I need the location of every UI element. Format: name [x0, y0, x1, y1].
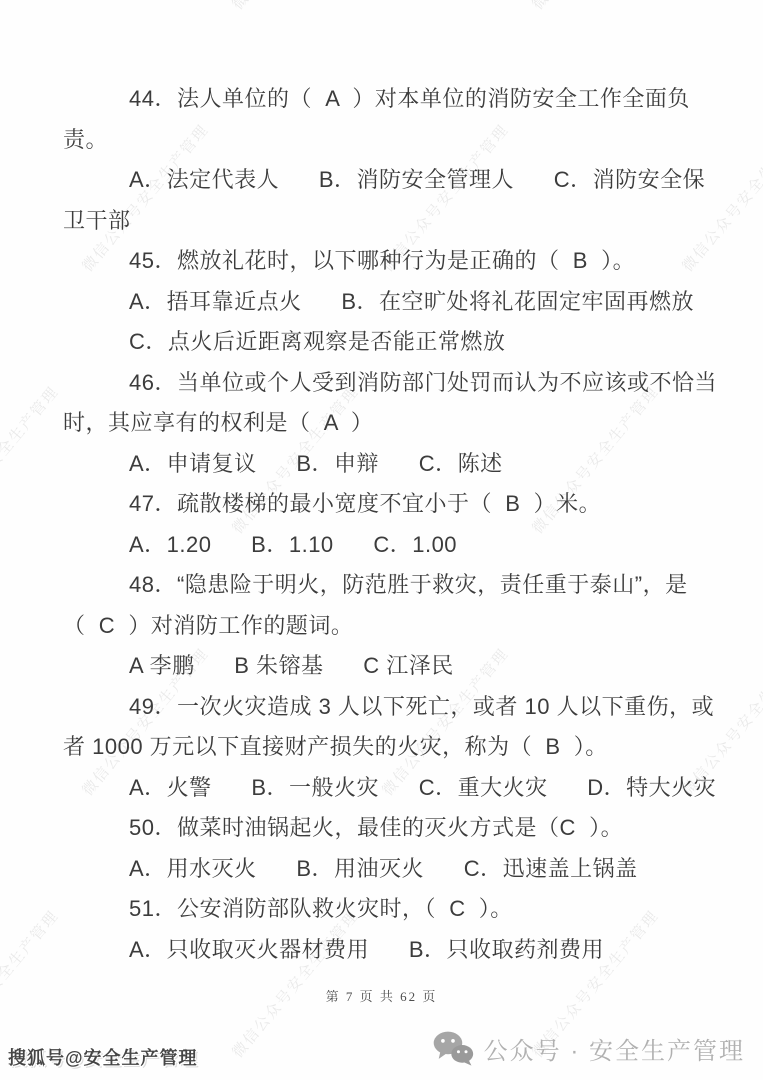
text-line: C．点火后近距离观察是否能正常燃放 — [63, 322, 713, 363]
text-line: A．用水灭火 B．用油灭火 C．迅速盖上锅盖 — [63, 849, 713, 890]
text-line: A．申请复议 B．申辩 C．陈述 — [63, 444, 713, 485]
text-line: A 李鹏 B 朱镕基 C 江泽民 — [63, 646, 713, 687]
diagonal-watermark-text: 微信公众号安全生产管理 — [507, 0, 684, 38]
sohu-watermark: 搜狐号@安全生产管理 — [8, 1044, 198, 1070]
page-number: 第 7 页 共 62 页 — [0, 986, 763, 1005]
diagonal-watermark-text: 微信公众号安全生产管理 — [0, 0, 83, 38]
wechat-icon — [432, 1030, 474, 1066]
text-line: A．火警 B．一般火灾 C．重大火灾 D．特大火灾 — [63, 768, 713, 809]
text-line: 者 1000 万元以下直接财产损失的火灾，称为（ B ）。 — [63, 727, 713, 768]
text-line: 45．燃放礼花时，以下哪种行为是正确的（ B ）。 — [63, 241, 713, 282]
text-line: A．捂耳靠近点火 B．在空旷处将礼花固定牢固再燃放 — [63, 282, 713, 323]
text-line: A．法定代表人 B．消防安全管理人 C．消防安全保 — [63, 160, 713, 201]
document-body: 44．法人单位的（ A ）对本单位的消防安全工作全面负责。A．法定代表人 B．消… — [63, 79, 713, 970]
text-line: 44．法人单位的（ A ）对本单位的消防安全工作全面负 — [63, 79, 713, 120]
text-line: A．1.20 B．1.10 C．1.00 — [63, 525, 713, 566]
document-page: 微信公众号安全生产管理微信公众号安全生产管理微信公众号安全生产管理微信公众号安全… — [0, 0, 763, 1080]
text-line: 48．“隐患险于明火，防范胜于救灾，责任重于泰山”，是 — [63, 565, 713, 606]
text-line: 46．当单位或个人受到消防部门处罚而认为不应该或不恰当 — [63, 363, 713, 404]
text-line: 47．疏散楼梯的最小宽度不宜小于（ B ）米。 — [63, 484, 713, 525]
wechat-branding: 公众号 · 安全生产管理 — [432, 1030, 745, 1066]
diagonal-watermark-text: 微信公众号安全生产管理 — [207, 0, 384, 38]
text-line: A．只收取灭火器材费用 B．只收取药剂费用 — [63, 930, 713, 971]
text-line: 51．公安消防部队救火灾时，（ C ）。 — [63, 889, 713, 930]
wechat-label: 公众号 · 安全生产管理 — [484, 1031, 745, 1066]
text-line: （ C ）对消防工作的题词。 — [63, 606, 713, 647]
text-line: 时，其应享有的权利是（ A ） — [63, 403, 713, 444]
text-line: 责。 — [63, 120, 713, 161]
text-line: 50．做菜时油锅起火，最佳的灭火方式是（C ）。 — [63, 808, 713, 849]
text-line: 卫干部 — [63, 201, 713, 242]
text-line: 49．一次火灾造成 3 人以下死亡，或者 10 人以下重伤，或 — [63, 687, 713, 728]
